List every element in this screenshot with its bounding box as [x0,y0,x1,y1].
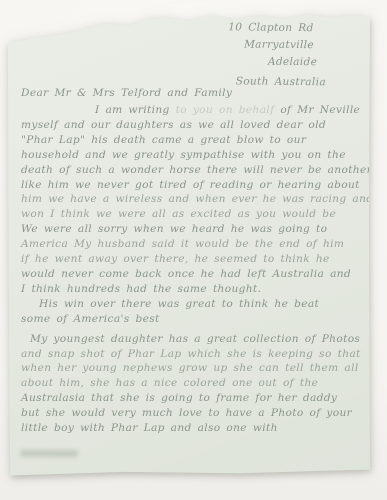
letter-line: but she would very much love to have a P… [21,406,365,421]
letter-line: if he went away over there, he seemed to… [21,252,365,267]
letter-line-segment: I am writing [95,104,176,116]
letter-line: myself and our daughters as we all loved… [21,118,365,133]
address-line: Marryatville [244,36,370,54]
letter-line: death of such a wonder horse there will … [21,163,365,178]
letter-line: and snap shot of Phar Lap which she is k… [21,347,365,362]
letter-line: His win over there was great to think he… [39,297,365,312]
letter-line: "Phar Lap" his death came a great blow t… [21,133,365,148]
letter-line: Australasia that she is going to frame f… [21,391,365,406]
letter-line: about him, she has a nice colored one ou… [21,376,365,391]
sender-address-block: 10 Clapton RdMarryatvilleAdelaideSouth A… [220,19,371,92]
faint-registration-stamp [20,450,78,457]
body-lines: I am writing to you on behalf of Mr Nevi… [21,103,365,436]
letter-line: some of America's best [21,312,365,327]
paper-sheet: 10 Clapton RdMarryatvilleAdelaideSouth A… [8,12,370,476]
letter-line: would never come back once he had left A… [21,267,365,282]
letter-line: My youngest daughter has a great collect… [30,332,365,347]
letter-photograph: 10 Clapton RdMarryatvilleAdelaideSouth A… [0,0,387,500]
letter-line: We were all sorry when we heard he was g… [21,222,365,237]
letter-line: him we have a wireless and when ever he … [21,192,365,207]
letter-line: household and we greatly sympathise with… [21,148,365,163]
letter-line: when her young nephews grow up she can t… [21,361,365,376]
salutation: Dear Mr & Mrs Telford and Family [21,84,365,102]
paper-sheet-wrap: 10 Clapton RdMarryatvilleAdelaideSouth A… [8,12,370,476]
letter-line-segment: of Mr Neville [280,104,360,116]
letter-line: I am writing to you on behalf of Mr Nevi… [95,103,365,118]
letter-line: like him we never got tired of reading o… [21,178,365,193]
letter-body: Dear Mr & Mrs Telford and Family I am wr… [21,84,365,436]
address-line: Adelaide [268,54,370,72]
letter-line: America My husband said it would be the … [21,237,365,252]
letter-line: little boy with Phar Lap and also one wi… [21,421,365,436]
letter-line: won I think we were all as excited as yo… [21,207,365,222]
letter-line-segment: to you on behalf [176,104,281,116]
address-line: 10 Clapton Rd [228,19,370,37]
letter-line: I think hundreds had the same thought. [21,282,365,297]
